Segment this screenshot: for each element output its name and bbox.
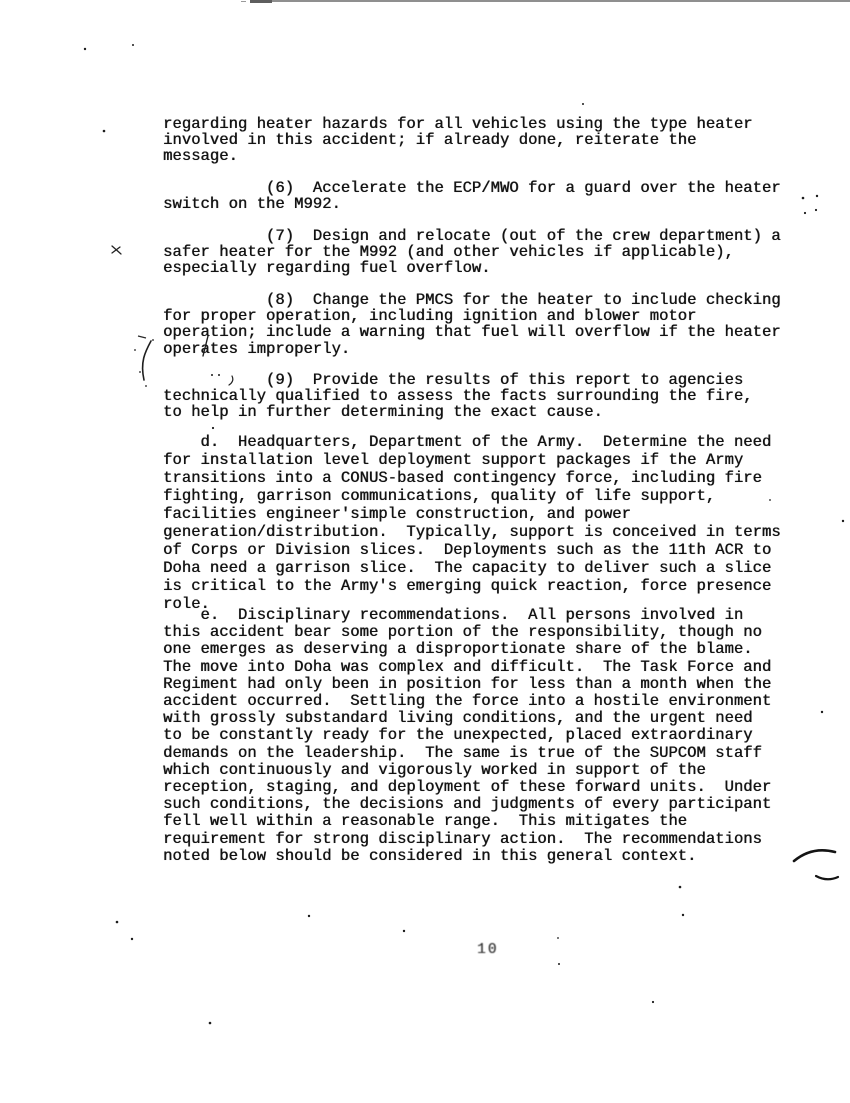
text-line: demands on the leadership. The same is t… [163, 745, 771, 762]
text-line: to help in further determining the exact… [163, 404, 753, 420]
paragraph: (9) Provide the results of this report t… [163, 372, 753, 421]
text-line: fell well within a reasonable range. Thi… [163, 813, 771, 830]
text-line: fighting, garrison communications, quali… [163, 487, 781, 505]
text-line: noted below should be considered in this… [163, 848, 771, 865]
text-line: switch on the M992. [163, 196, 781, 212]
text-line: for installation level deployment suppor… [163, 451, 781, 469]
text-line: operates improperly. [163, 341, 781, 357]
text-line: of Corps or Division slices. Deployments… [163, 541, 781, 559]
text-line: (8) Change the PMCS for the heater to in… [163, 292, 781, 308]
text-line: technically qualified to assess the fact… [163, 388, 753, 404]
paragraph: regarding heater hazards for all vehicle… [163, 116, 753, 165]
text-line: The move into Doha was complex and diffi… [163, 659, 771, 676]
text-line: especially regarding fuel overflow. [163, 260, 781, 276]
text-line: this accident bear some portion of the r… [163, 624, 771, 641]
text-line: generation/distribution. Typically, supp… [163, 523, 781, 541]
paragraph: (7) Design and relocate (out of the crew… [163, 228, 781, 277]
scanned-document-page: regarding heater hazards for all vehicle… [0, 0, 850, 1103]
page-text: regarding heater hazards for all vehicle… [0, 0, 850, 1103]
text-line: involved in this accident; if already do… [163, 132, 753, 148]
text-line: (9) Provide the results of this report t… [163, 372, 753, 388]
text-line: message. [163, 148, 753, 164]
text-line: such conditions, the decisions and judgm… [163, 796, 771, 813]
text-line: e. Disciplinary recommendations. All per… [163, 607, 771, 624]
paragraph: e. Disciplinary recommendations. All per… [163, 607, 771, 865]
text-line: requirement for strong disciplinary acti… [163, 831, 771, 848]
paragraph: d. Headquarters, Department of the Army.… [163, 433, 781, 613]
text-line: with grossly substandard living conditio… [163, 710, 771, 727]
text-line: regarding heater hazards for all vehicle… [163, 116, 753, 132]
text-line: for proper operation, including ignition… [163, 308, 781, 324]
paragraph: (6) Accelerate the ECP/MWO for a guard o… [163, 180, 781, 212]
text-line: (7) Design and relocate (out of the crew… [163, 228, 781, 244]
text-line: accident occurred. Settling the force in… [163, 693, 771, 710]
page-number: 10 [477, 942, 498, 958]
text-line: (6) Accelerate the ECP/MWO for a guard o… [163, 180, 781, 196]
text-line: one emerges as deserving a disproportion… [163, 641, 771, 658]
text-line: Regiment had only been in position for l… [163, 676, 771, 693]
text-line: reception, staging, and deployment of th… [163, 779, 771, 796]
text-line: facilities engineer'simple construction,… [163, 505, 781, 523]
text-line: operation; include a warning that fuel w… [163, 324, 781, 340]
text-line: to be constantly ready for the unexpecte… [163, 727, 771, 744]
text-line: which continuously and vigorously worked… [163, 762, 771, 779]
paragraph: (8) Change the PMCS for the heater to in… [163, 292, 781, 357]
text-line: safer heater for the M992 (and other veh… [163, 244, 781, 260]
text-line: Doha need a garrison slice. The capacity… [163, 559, 781, 577]
text-line: d. Headquarters, Department of the Army.… [163, 433, 781, 451]
text-line: is critical to the Army's emerging quick… [163, 577, 781, 595]
text-line: transitions into a CONUS-based contingen… [163, 469, 781, 487]
